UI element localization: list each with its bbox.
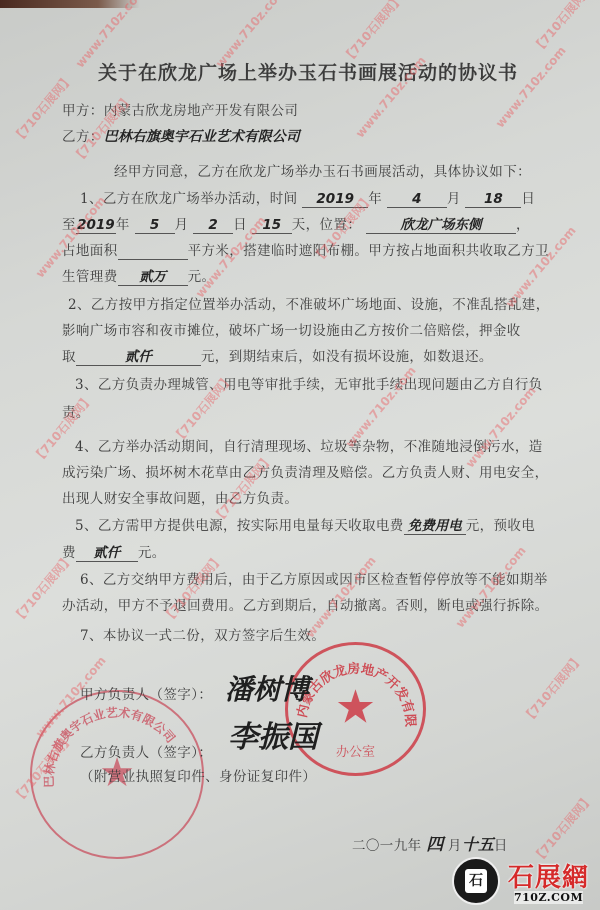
clause-1-line-1: 1、乙方在欣龙广场举办活动，时间 2019年 4月 18日 [80, 187, 535, 208]
to-word: 至 [62, 217, 76, 233]
date-day-unit: 日 [494, 838, 508, 854]
clause-5-line-2: 费贰仟元。 [62, 541, 166, 562]
days-count: 15 [252, 218, 292, 234]
day-unit: 日 [521, 191, 535, 207]
clause-7: 7、本协议一式二份，双方签字后生效。 [80, 624, 325, 644]
clause-4-line-3: 出现人财安全事故问题，由乙方负责。 [62, 487, 298, 507]
contract-document: 关于在欣龙广场上举办玉石书画展活动的协议书 甲方：内蒙古欣龙房地产开发有限公司 … [0, 0, 600, 910]
party-a-name: 内蒙古欣龙房地产开发有限公司 [104, 103, 299, 119]
location-label: 位置： [320, 217, 362, 233]
date-month: 四 [426, 835, 443, 855]
party-a-rep-signature: 潘树博 [225, 668, 309, 708]
clause-2-line-1: 2、乙方按甲方指定位置举办活动，不准破坏广场地面、设施，不准乱搭乱建， [68, 293, 550, 313]
start-day: 18 [465, 192, 521, 208]
year-unit: 年 [116, 217, 130, 233]
date-month-unit: 月 [448, 838, 462, 854]
deposit-label: 取 [62, 349, 76, 365]
date-year: 二〇一九年 [352, 838, 422, 854]
attachments-note: （附营业执照复印件、身份证复印件） [80, 765, 316, 785]
sanitation-fee-value: 贰万 [118, 270, 188, 286]
party-b-rep-signature: 李振国 [228, 712, 318, 756]
start-month: 4 [387, 192, 447, 208]
days-unit: 天， [292, 217, 320, 233]
start-year: 2019 [302, 192, 368, 208]
party-a-rep-label: 甲方负责人（签字）： [80, 683, 212, 703]
logo-glyph: 石 [465, 869, 487, 893]
site-logo: 石 石展網 710Z.COM [452, 855, 600, 910]
logo-emblem-icon: 石 [452, 857, 500, 905]
seal-star-icon: ★ [335, 684, 376, 730]
logo-name: 石展網 [508, 857, 589, 894]
clause-1-line-2: 至2019年 5月 2日 15天，位置： 欣龙广场东侧， [62, 213, 530, 234]
deposit-value: 贰仟 [76, 350, 201, 366]
fee-label: 生管理费 [62, 269, 118, 285]
logo-url: 710Z.COM [514, 891, 583, 904]
document-title: 关于在欣龙广场上举办玉石书画展活动的协议书 [98, 58, 568, 85]
month-unit: 月 [175, 217, 189, 233]
party-a-label: 甲方： [62, 103, 104, 119]
clause-5-mid: 元，预收电 [466, 518, 536, 534]
end-day: 2 [193, 218, 233, 234]
end-month: 5 [135, 218, 175, 234]
clause-2-line-2: 影响广场市容和夜市摊位，破坏广场一切设施由乙方按价二倍赔偿，押金收 [62, 319, 521, 339]
clause-3-line-2: 责。 [62, 401, 90, 421]
signing-date: 二〇一九年 四 月十五日 [352, 830, 508, 855]
clause-4-line-2: 成污染广场、损坏树木花草由乙方负责清理及赔偿。乙方负责人财、用电安全， [62, 461, 549, 481]
party-b-line: 乙方：巴林右旗奥宇石业艺术有限公司 [62, 125, 300, 146]
party-b-rep-label: 乙方负责人（签字）： [80, 741, 212, 761]
prepaid-unit: 元。 [138, 545, 166, 561]
clause-4-line-1: 4、乙方举办活动期间，自行清理现场、垃圾等杂物，不准随地浸倒污水，造 [75, 435, 543, 455]
prepaid-label: 费 [62, 545, 76, 561]
electric-fee-value: 免费用电 [404, 519, 466, 535]
party-b-name-handwritten: 巴林右旗奥宇石业艺术有限公司 [104, 129, 300, 145]
month-unit: 月 [447, 191, 461, 207]
clause-1-line-4: 生管理费贰万元。 [62, 265, 215, 286]
area-label: 占地面积 [62, 243, 118, 259]
clause-5-line-1: 5、乙方需甲方提供电源，按实际用电量每天收取电费免费用电元，预收电 [75, 514, 535, 535]
clause-3-line-1: 3、乙方负责办理城管、用电等审批手续，无审批手续出现问题由乙方自行负 [75, 373, 543, 393]
area-value [118, 244, 188, 260]
fee-unit: 元。 [188, 269, 216, 285]
clause-1-line-3: 占地面积 平方米，搭建临时遮阳布棚。甲方按占地面积共收取乙方卫 [62, 239, 549, 260]
year-unit: 年 [368, 191, 382, 207]
date-day: 十五 [462, 835, 494, 854]
day-unit: 日 [233, 217, 247, 233]
area-rest: 平方米，搭建临时遮阳布棚。甲方按占地面积共收取乙方卫 [188, 243, 549, 259]
clause-6-line-1: 6、乙方交纳甲方费用后，由于乙方原因或因市区检查暂停停放等不能如期举 [80, 568, 548, 588]
end-year: 2019 [76, 218, 116, 234]
location-value: 欣龙广场东侧 [366, 218, 516, 234]
clause-2-line-3: 取贰仟元，到期结束后，如没有损坏设施，如数退还。 [62, 345, 493, 366]
clause-1-prefix: 1、乙方在欣龙广场举办活动，时间 [80, 191, 298, 207]
intro-text: 经甲方同意，乙方在欣龙广场举办玉石书画展活动，具体协议如下： [114, 160, 531, 180]
party-b-label: 乙方： [62, 129, 104, 145]
prepaid-electric-fee-value: 贰仟 [76, 546, 138, 562]
deposit-rest: 元，到期结束后，如没有损坏设施，如数退还。 [201, 349, 493, 365]
clause-5-prefix: 5、乙方需甲方提供电源，按实际用电量每天收取电费 [75, 518, 404, 534]
party-a-line: 甲方：内蒙古欣龙房地产开发有限公司 [62, 99, 298, 119]
clause-6-line-2: 办活动，甲方不予退回费用。乙方到期后，自动撤离。否则，断电或强行拆除。 [62, 594, 549, 614]
